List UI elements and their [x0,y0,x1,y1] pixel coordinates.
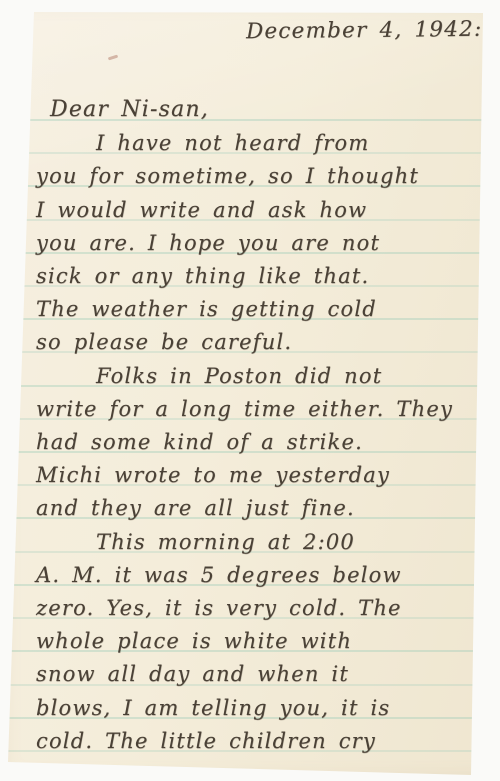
letter-line: write for a long time either. They [36,392,482,426]
letter-line: you are. I hope you are not [36,226,482,260]
letter-line: A. M. it was 5 degrees below [36,558,482,592]
letter-line: I have not heard from [36,126,482,160]
letter-line: cold. The little children cry [36,724,482,758]
letter-line: zero. Yes, it is very cold. The [36,591,482,625]
scan-background: December 4, 1942: Dear Ni-san, I have no… [0,0,500,781]
letter-line: sick or any thing like that. [36,259,482,293]
letter-line: and they are all just fine. [36,491,482,525]
letter-date: December 4, 1942: [246,13,483,49]
letter-line: snow all day and when it [36,657,482,691]
letter-line: Folks in Poston did not [36,359,482,393]
letter-line: The weather is getting cold [36,292,482,326]
letter-line: had some kind of a strike. [36,425,482,459]
letter-line: you for sometime, so I thought [36,159,482,193]
letter-line: I would write and ask how [36,193,482,227]
letter-paper: December 4, 1942: Dear Ni-san, I have no… [0,0,500,781]
salutation: Dear Ni-san, [36,93,482,127]
letter-line: so please be careful. [36,325,482,359]
letter-line: blows, I am telling you, it is [36,691,482,725]
letter-line: Michi wrote to me yesterday [36,458,482,492]
letter-line: whole place is white with [36,624,482,658]
paper-speck [108,55,118,61]
letter-line: This morning at 2:00 [36,525,482,559]
